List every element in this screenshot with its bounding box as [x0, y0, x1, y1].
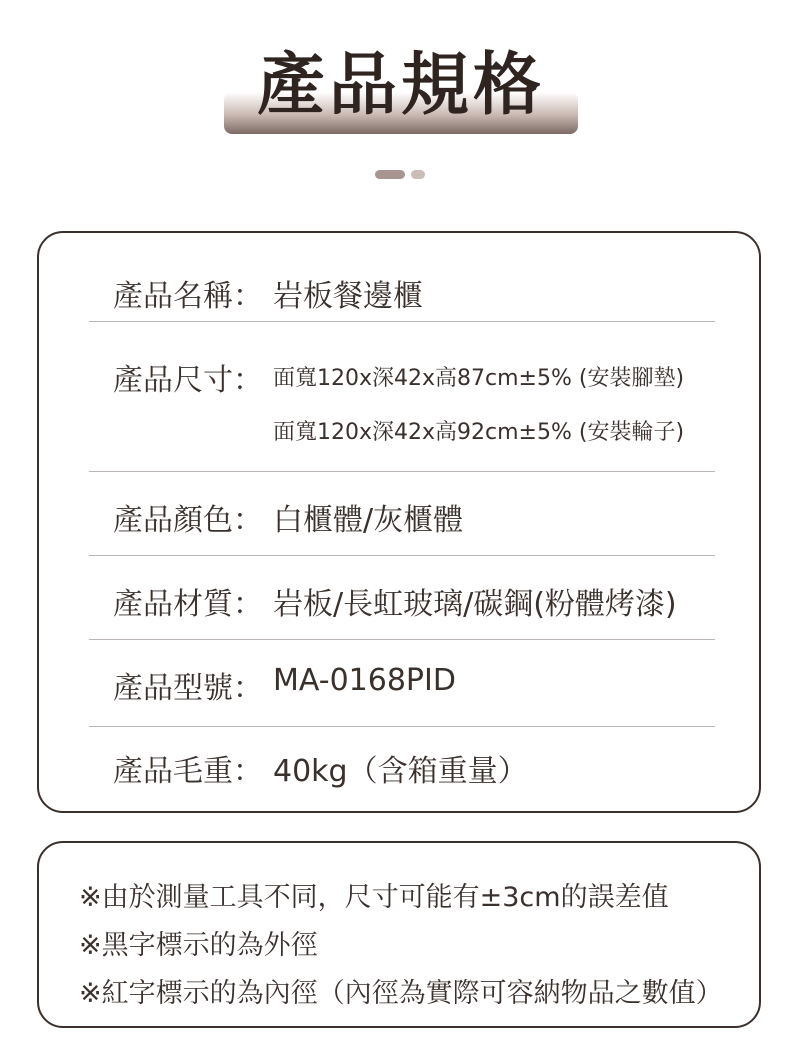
spec-label: 產品毛重： [113, 746, 263, 790]
dot-long [375, 170, 405, 179]
note-black-text: ※黑字標示的為外徑 [79, 923, 318, 962]
spec-value: 40kg（含箱重量） [273, 746, 528, 790]
spec-value: 岩板/長虹玻璃/碳鋼(粉體烤漆) [273, 579, 677, 623]
spec-value: 白櫃體/灰櫃體 [273, 495, 463, 539]
divider [89, 555, 715, 556]
spec-value: MA-0168PID [273, 663, 456, 698]
page-title: 產品規格 [224, 42, 578, 130]
spec-label: 產品材質： [113, 579, 263, 623]
spec-value: 面寬120x深42x高87cm±5% (安裝腳墊) [273, 361, 684, 392]
dot-short [411, 170, 425, 179]
spec-label: 產品顏色： [113, 495, 263, 539]
spec-label: 產品名稱： [113, 271, 263, 315]
divider [89, 471, 715, 472]
divider [89, 726, 715, 727]
note-red-text: ※紅字標示的為內徑（內徑為實際可容納物品之數值） [79, 971, 723, 1010]
spec-label: 產品型號： [113, 663, 263, 707]
note-measurement-error: ※由於測量工具不同，尺寸可能有±3cm的誤差值 [79, 875, 669, 914]
spec-value: 面寬120x深42x高92cm±5% (安裝輪子) [273, 415, 684, 446]
divider [89, 639, 715, 640]
spec-table: 產品名稱： 岩板餐邊櫃 產品尺寸： 面寬120x深42x高87cm±5% (安裝… [37, 231, 761, 813]
spec-label: 產品尺寸： [113, 355, 263, 399]
spec-value: 岩板餐邊櫃 [273, 271, 423, 315]
title-banner: 產品規格 [224, 42, 578, 134]
notes-box: ※由於測量工具不同，尺寸可能有±3cm的誤差值 ※黑字標示的為外徑 ※紅字標示的… [37, 841, 761, 1028]
divider [89, 321, 715, 322]
decorative-dots [375, 170, 425, 179]
